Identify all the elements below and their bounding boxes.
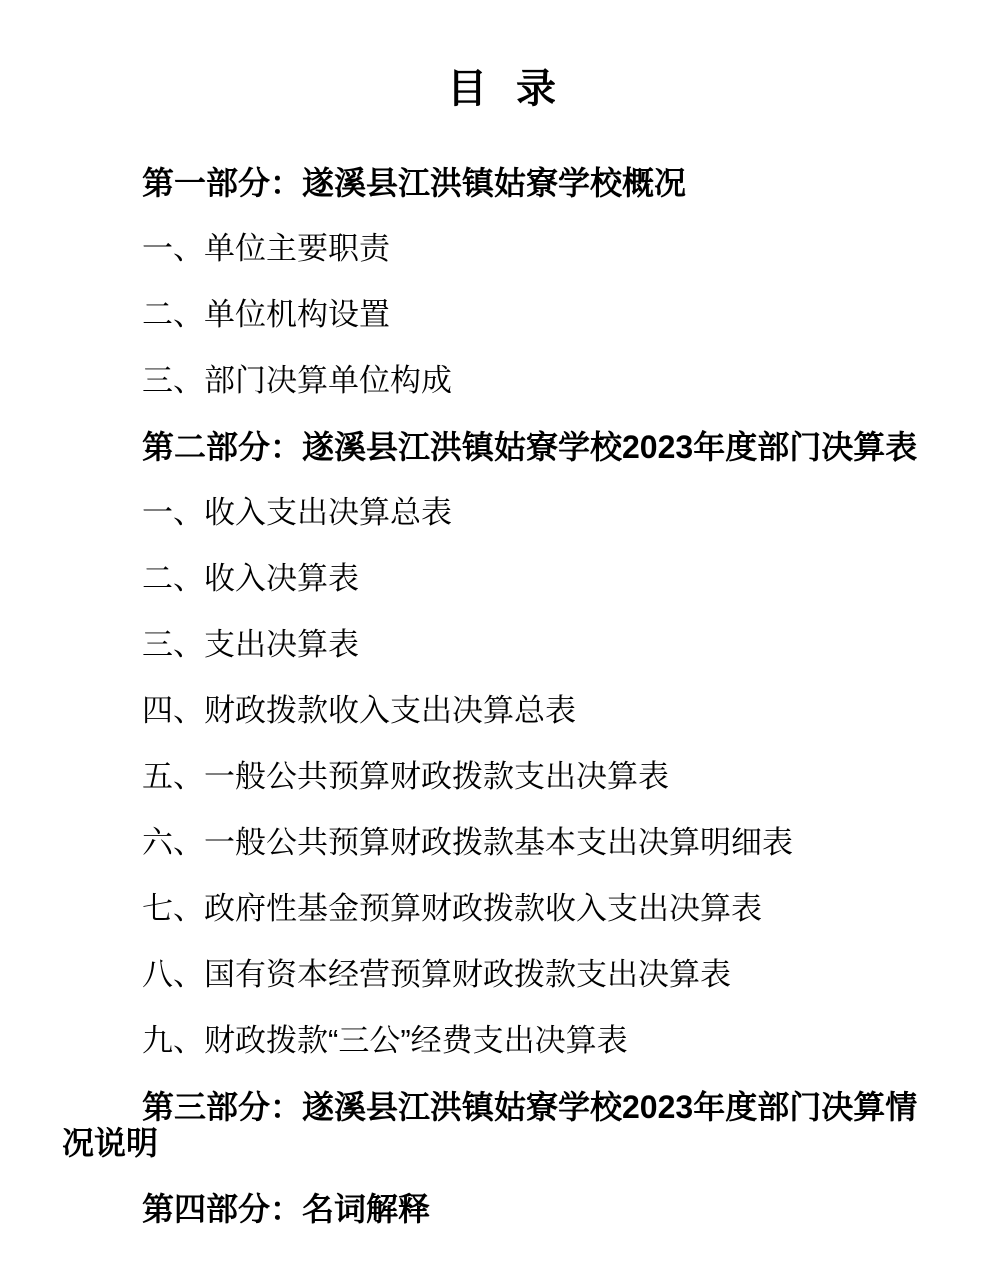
toc-item: 五、一般公共预算财政拨款支出决算表 bbox=[62, 759, 943, 795]
toc-section-heading: 第一部分：遂溪县江洪镇姑寮学校概况 bbox=[62, 165, 943, 201]
toc-item: 四、财政拨款收入支出决算总表 bbox=[62, 693, 943, 729]
toc-item: 二、单位机构设置 bbox=[62, 297, 943, 333]
toc-item: 三、部门决算单位构成 bbox=[62, 363, 943, 399]
toc-item: 六、一般公共预算财政拨款基本支出决算明细表 bbox=[62, 825, 943, 861]
document-page: 目 录 第一部分：遂溪县江洪镇姑寮学校概况一、单位主要职责二、单位机构设置三、部… bbox=[0, 0, 983, 1265]
toc-section-heading: 第四部分：名词解释 bbox=[62, 1191, 943, 1227]
toc-section-heading: 第二部分：遂溪县江洪镇姑寮学校2023年度部门决算表 bbox=[62, 429, 943, 465]
page-title: 目 录 bbox=[62, 65, 943, 113]
toc-item: 二、收入决算表 bbox=[62, 561, 943, 597]
toc-item: 七、政府性基金预算财政拨款收入支出决算表 bbox=[62, 891, 943, 927]
toc-item: 一、单位主要职责 bbox=[62, 231, 943, 267]
toc-item: 三、支出决算表 bbox=[62, 627, 943, 663]
toc-item: 九、财政拨款“三公”经费支出决算表 bbox=[62, 1023, 943, 1059]
toc-item: 八、国有资本经营预算财政拨款支出决算表 bbox=[62, 957, 943, 993]
toc-item: 一、收入支出决算总表 bbox=[62, 495, 943, 531]
toc-section-heading: 第三部分：遂溪县江洪镇姑寮学校2023年度部门决算情 况说明 bbox=[62, 1089, 943, 1161]
toc-list: 第一部分：遂溪县江洪镇姑寮学校概况一、单位主要职责二、单位机构设置三、部门决算单… bbox=[62, 165, 943, 1227]
